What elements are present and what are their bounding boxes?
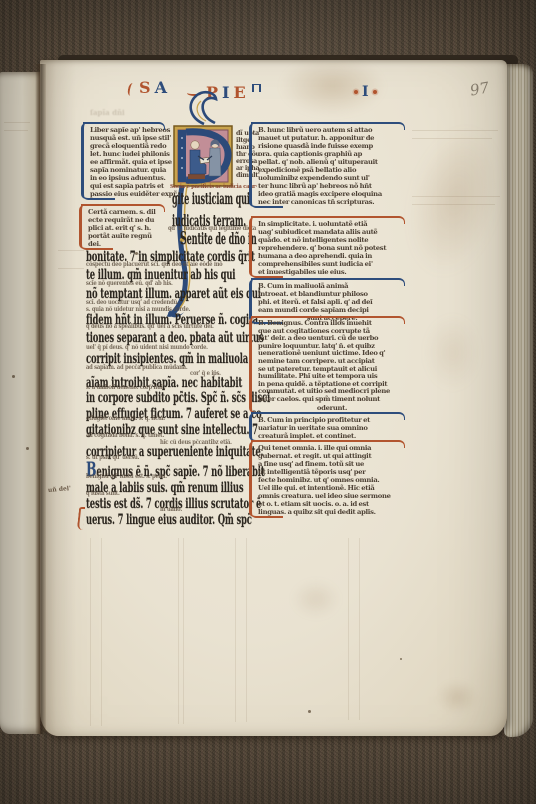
ruling-line: [101, 538, 102, 726]
interlinear-gloss: cor' q̃ e ip̃s.: [190, 371, 221, 378]
interlinear-gloss: s. a diaboli ueneno. corp̃ hui'.: [86, 385, 165, 392]
ruling-line: [183, 538, 184, 724]
interlinear-gloss: benignũ qd' iustũ est. s. pena.: [86, 474, 167, 481]
ruling-line: [348, 538, 349, 720]
interlinear-gloss: q̃ iusta sunt.: [86, 491, 120, 498]
gloss-text: B. hunc librũ uero autem si attao mauet …: [258, 126, 408, 206]
running-title: S A: [128, 80, 168, 96]
initial-letter: D: [40, 60, 41, 61]
facing-page: [0, 72, 40, 734]
fore-edge-pages: [504, 64, 533, 737]
stain: [425, 315, 480, 390]
book-gutter: [35, 64, 46, 734]
ruling-line: [359, 538, 360, 720]
ruling-line: [58, 268, 84, 269]
penwork-dot: [373, 90, 377, 94]
running-title-letter: S: [139, 80, 152, 96]
interlinear-gloss: scĩe nõ querentes eũ. qd' ab his.: [86, 281, 173, 288]
main-text-line: uerus. 7 lingue eius auditor. Qm̃ spc̃: [86, 513, 260, 528]
interlinear-gloss: uel' q̃ pı̃ deus. q' nõ uident nisi mund…: [86, 345, 208, 352]
gloss-beside-initial: dı̃ uota iltge hıano thr cõu errosa ar i…: [236, 130, 260, 179]
gloss-text-centered: oderunt.: [258, 404, 406, 412]
gloss-paragraph: Liber sapĩe ap' hebreos nusquã est. uñ i…: [90, 126, 168, 198]
ruling-line: [412, 130, 498, 131]
ink-speck: [26, 447, 29, 450]
photo-background: S A P I E I 97 ſapĩa dñi Liber sapĩe ap'…: [0, 0, 536, 804]
stain: [436, 680, 478, 714]
gloss-paragraph: B. Cum in maliuolã animã introeat. et bl…: [258, 282, 408, 322]
gloss-paragraph: B. Benignus. Contra illos inuehit que au…: [258, 320, 408, 412]
interlinear-gloss: s. ut psĩt. qd' uersũ.: [86, 455, 139, 462]
ruling-line: [246, 538, 247, 722]
gloss-text: Qui tenet omnia. i. ille qui omnia guber…: [258, 444, 408, 516]
ruling-line: [412, 138, 492, 139]
ruling-line: [412, 204, 495, 205]
red-paraph-mark: [77, 507, 85, 530]
ruling-line: [235, 538, 236, 722]
gloss-paragraph: Qui tenet omnia. i. ille qui omnia guber…: [258, 444, 408, 516]
interlinear-gloss: qd' s. iudicatis qui legitime dicta: [168, 226, 256, 233]
interlinear-gloss: s. quia nõ uidetur nisi a mundis corde.: [86, 307, 190, 314]
main-text-line: in corpore subdito pc̃tis. Spc̃ ñ. sc̃s …: [86, 391, 260, 406]
gloss-text: B. Benignus. Contra illos inuehit que au…: [258, 320, 408, 404]
gloss-paragraph: B. Cum in principio profitetur et uariat…: [258, 416, 408, 440]
gloss-paragraph: B. hunc librũ uero autem si attao mauet …: [258, 126, 408, 206]
folio-number: 97: [469, 78, 491, 99]
stain: [292, 580, 340, 618]
chapter-numeral-text: I: [362, 84, 369, 100]
interlinear-gloss: ad cogitãda bona. s. q. timet.: [86, 433, 164, 440]
penwork-dot: [354, 90, 358, 94]
ruling-line: [90, 538, 91, 726]
ink-speck: [400, 658, 402, 660]
ruling-line: [412, 196, 500, 197]
manuscript-page: S A P I E I 97 ſapĩa dñi Liber sapĩe ap'…: [40, 60, 507, 736]
ruling-line: [178, 538, 179, 724]
gloss-text: Liber sapĩe ap' hebreos nusquã est. uñ i…: [90, 126, 168, 198]
chapter-numeral: I: [354, 84, 377, 100]
ink-speck: [308, 710, 311, 713]
interlinear-gloss: ad sapĩam. ad pecc̃a publica mũdana.: [86, 365, 187, 372]
ruling-line: [4, 122, 30, 123]
gloss-text: B. Cum in maliuolã animã introeat. et bl…: [258, 282, 408, 314]
interlinear-gloss: cõspectu deo placuerũt sc̃i. qui deo et …: [86, 262, 222, 269]
marginal-note: uñ del': [48, 485, 71, 494]
gloss-paragraph: Certã carnem. s. dil ecte requirãt ne du…: [88, 208, 168, 248]
ruling-line: [4, 130, 28, 131]
gloss-text: In simplicitate. i. uoluntatẽ etiã uag' …: [258, 220, 408, 276]
interlinear-gloss: hĩc cũ deus pc̃cantibz etiã.: [160, 440, 232, 447]
ruling-line: [58, 250, 84, 251]
gloss-paragraph: In simplicitate. i. uoluntatẽ etiã uag' …: [258, 220, 408, 276]
gloss-text: B. Cum in principio profitetur et uariat…: [258, 416, 408, 440]
stain: [395, 118, 514, 284]
interlinear-gloss: effugiet om̃e malũ. s. q. ficta.: [86, 416, 165, 423]
gloss-text: Certã carnem. s. dil ecte requirãt ne du…: [88, 208, 168, 248]
interlinear-gloss: q̃ deus nõ a spealibus. qd' uel a sc̃is …: [86, 324, 214, 331]
penwork-flourish: [127, 82, 137, 96]
ink-speck: [12, 375, 15, 378]
offset-ink-ghost: ſapĩa dñi: [90, 108, 125, 117]
interlinear-gloss: in uano.: [160, 507, 182, 514]
